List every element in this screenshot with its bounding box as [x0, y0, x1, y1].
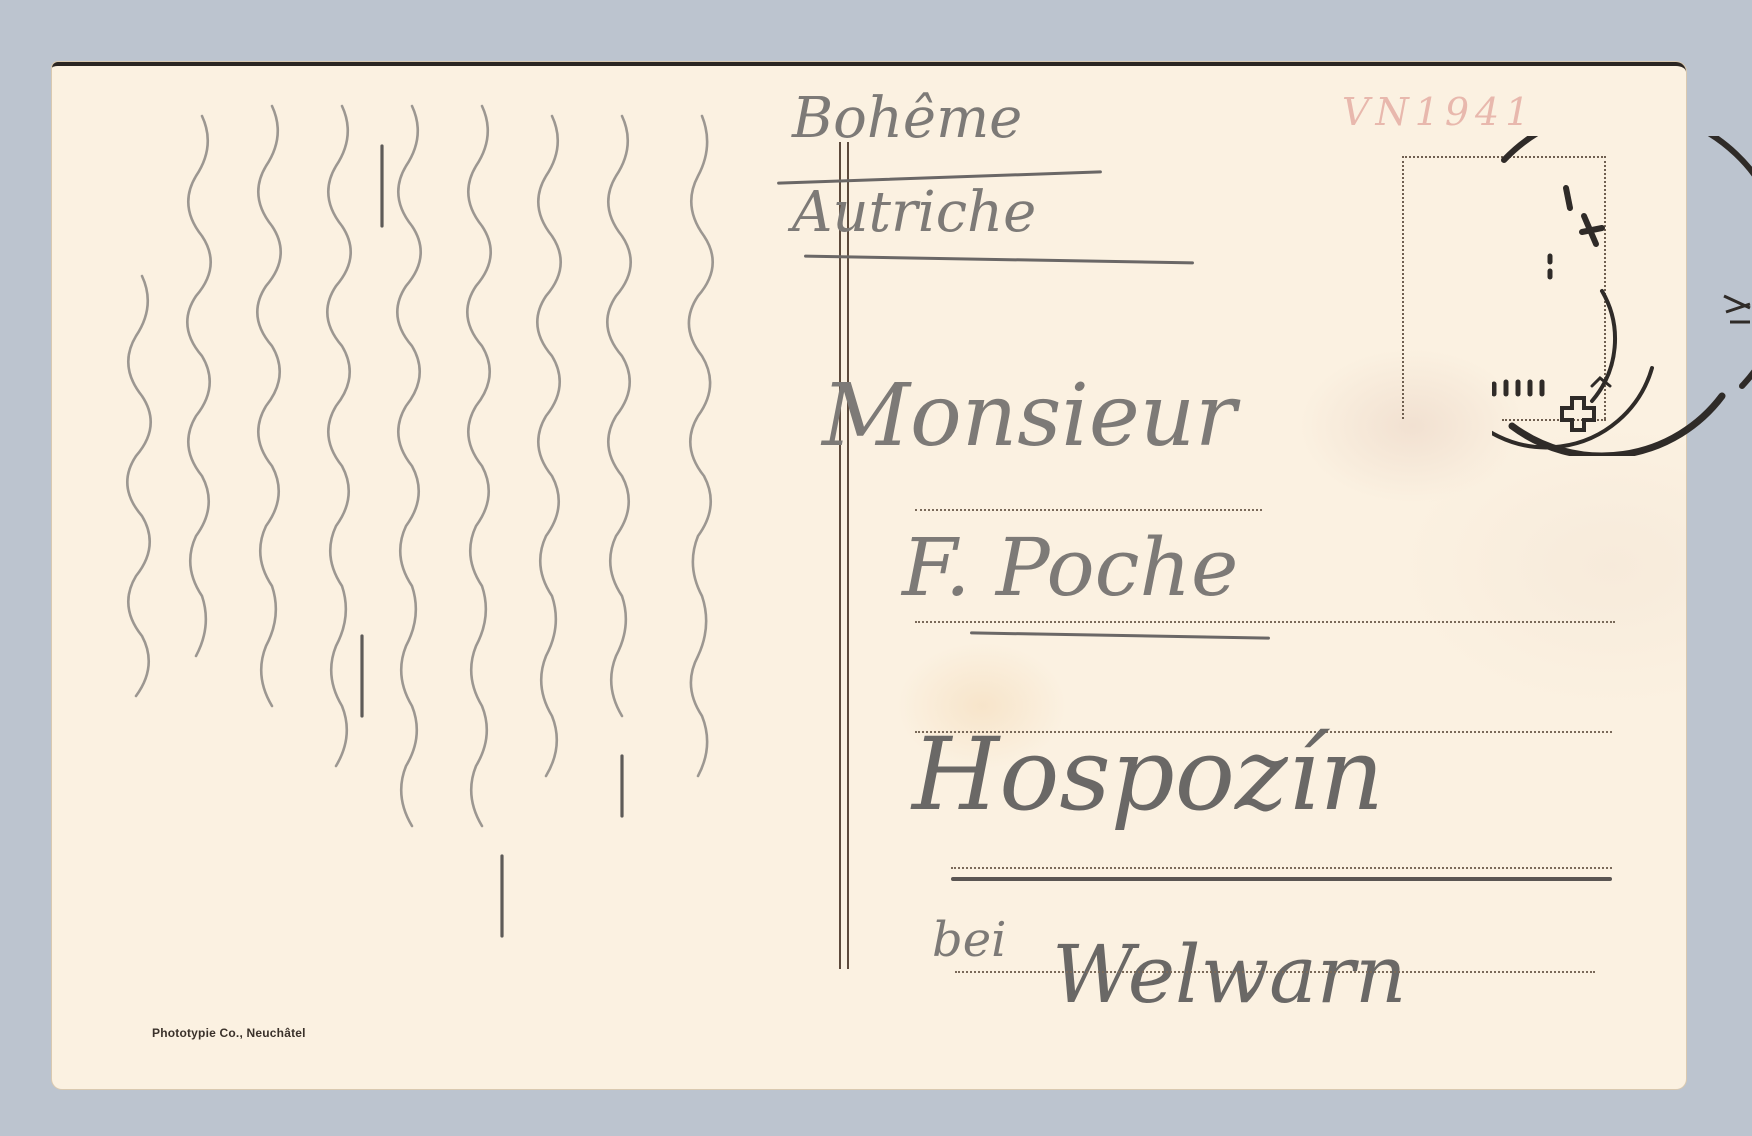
address-town: Hospozín: [912, 716, 1384, 833]
address-dotline-1: [915, 509, 1262, 511]
address-dotline-2: [915, 621, 1615, 623]
address-line-1: Bohême: [792, 86, 1022, 151]
underline-name: [970, 631, 1270, 639]
center-divider: [839, 142, 849, 969]
printer-imprint: Phototypie Co., Neuchâtel: [152, 1026, 306, 1040]
postmark-icon: [1492, 136, 1752, 456]
address-salutation: Monsieur: [822, 366, 1236, 466]
underline-town: [951, 877, 1612, 881]
address-name: F. Poche: [902, 521, 1238, 614]
postcard: VN1941 Bohême Autriche Monsieur F. Poche…: [52, 62, 1686, 1089]
pencil-annotation: VN1941: [1342, 90, 1535, 134]
address-dotline-4: [951, 867, 1612, 869]
address-region: Welwarn: [1052, 928, 1407, 1021]
address-dotline-5: [955, 971, 1595, 973]
address-line-2: Autriche: [792, 180, 1036, 245]
underline-2: [804, 255, 1194, 265]
address-prefix: bei: [932, 912, 1006, 968]
message-strokes: [82, 76, 842, 1076]
